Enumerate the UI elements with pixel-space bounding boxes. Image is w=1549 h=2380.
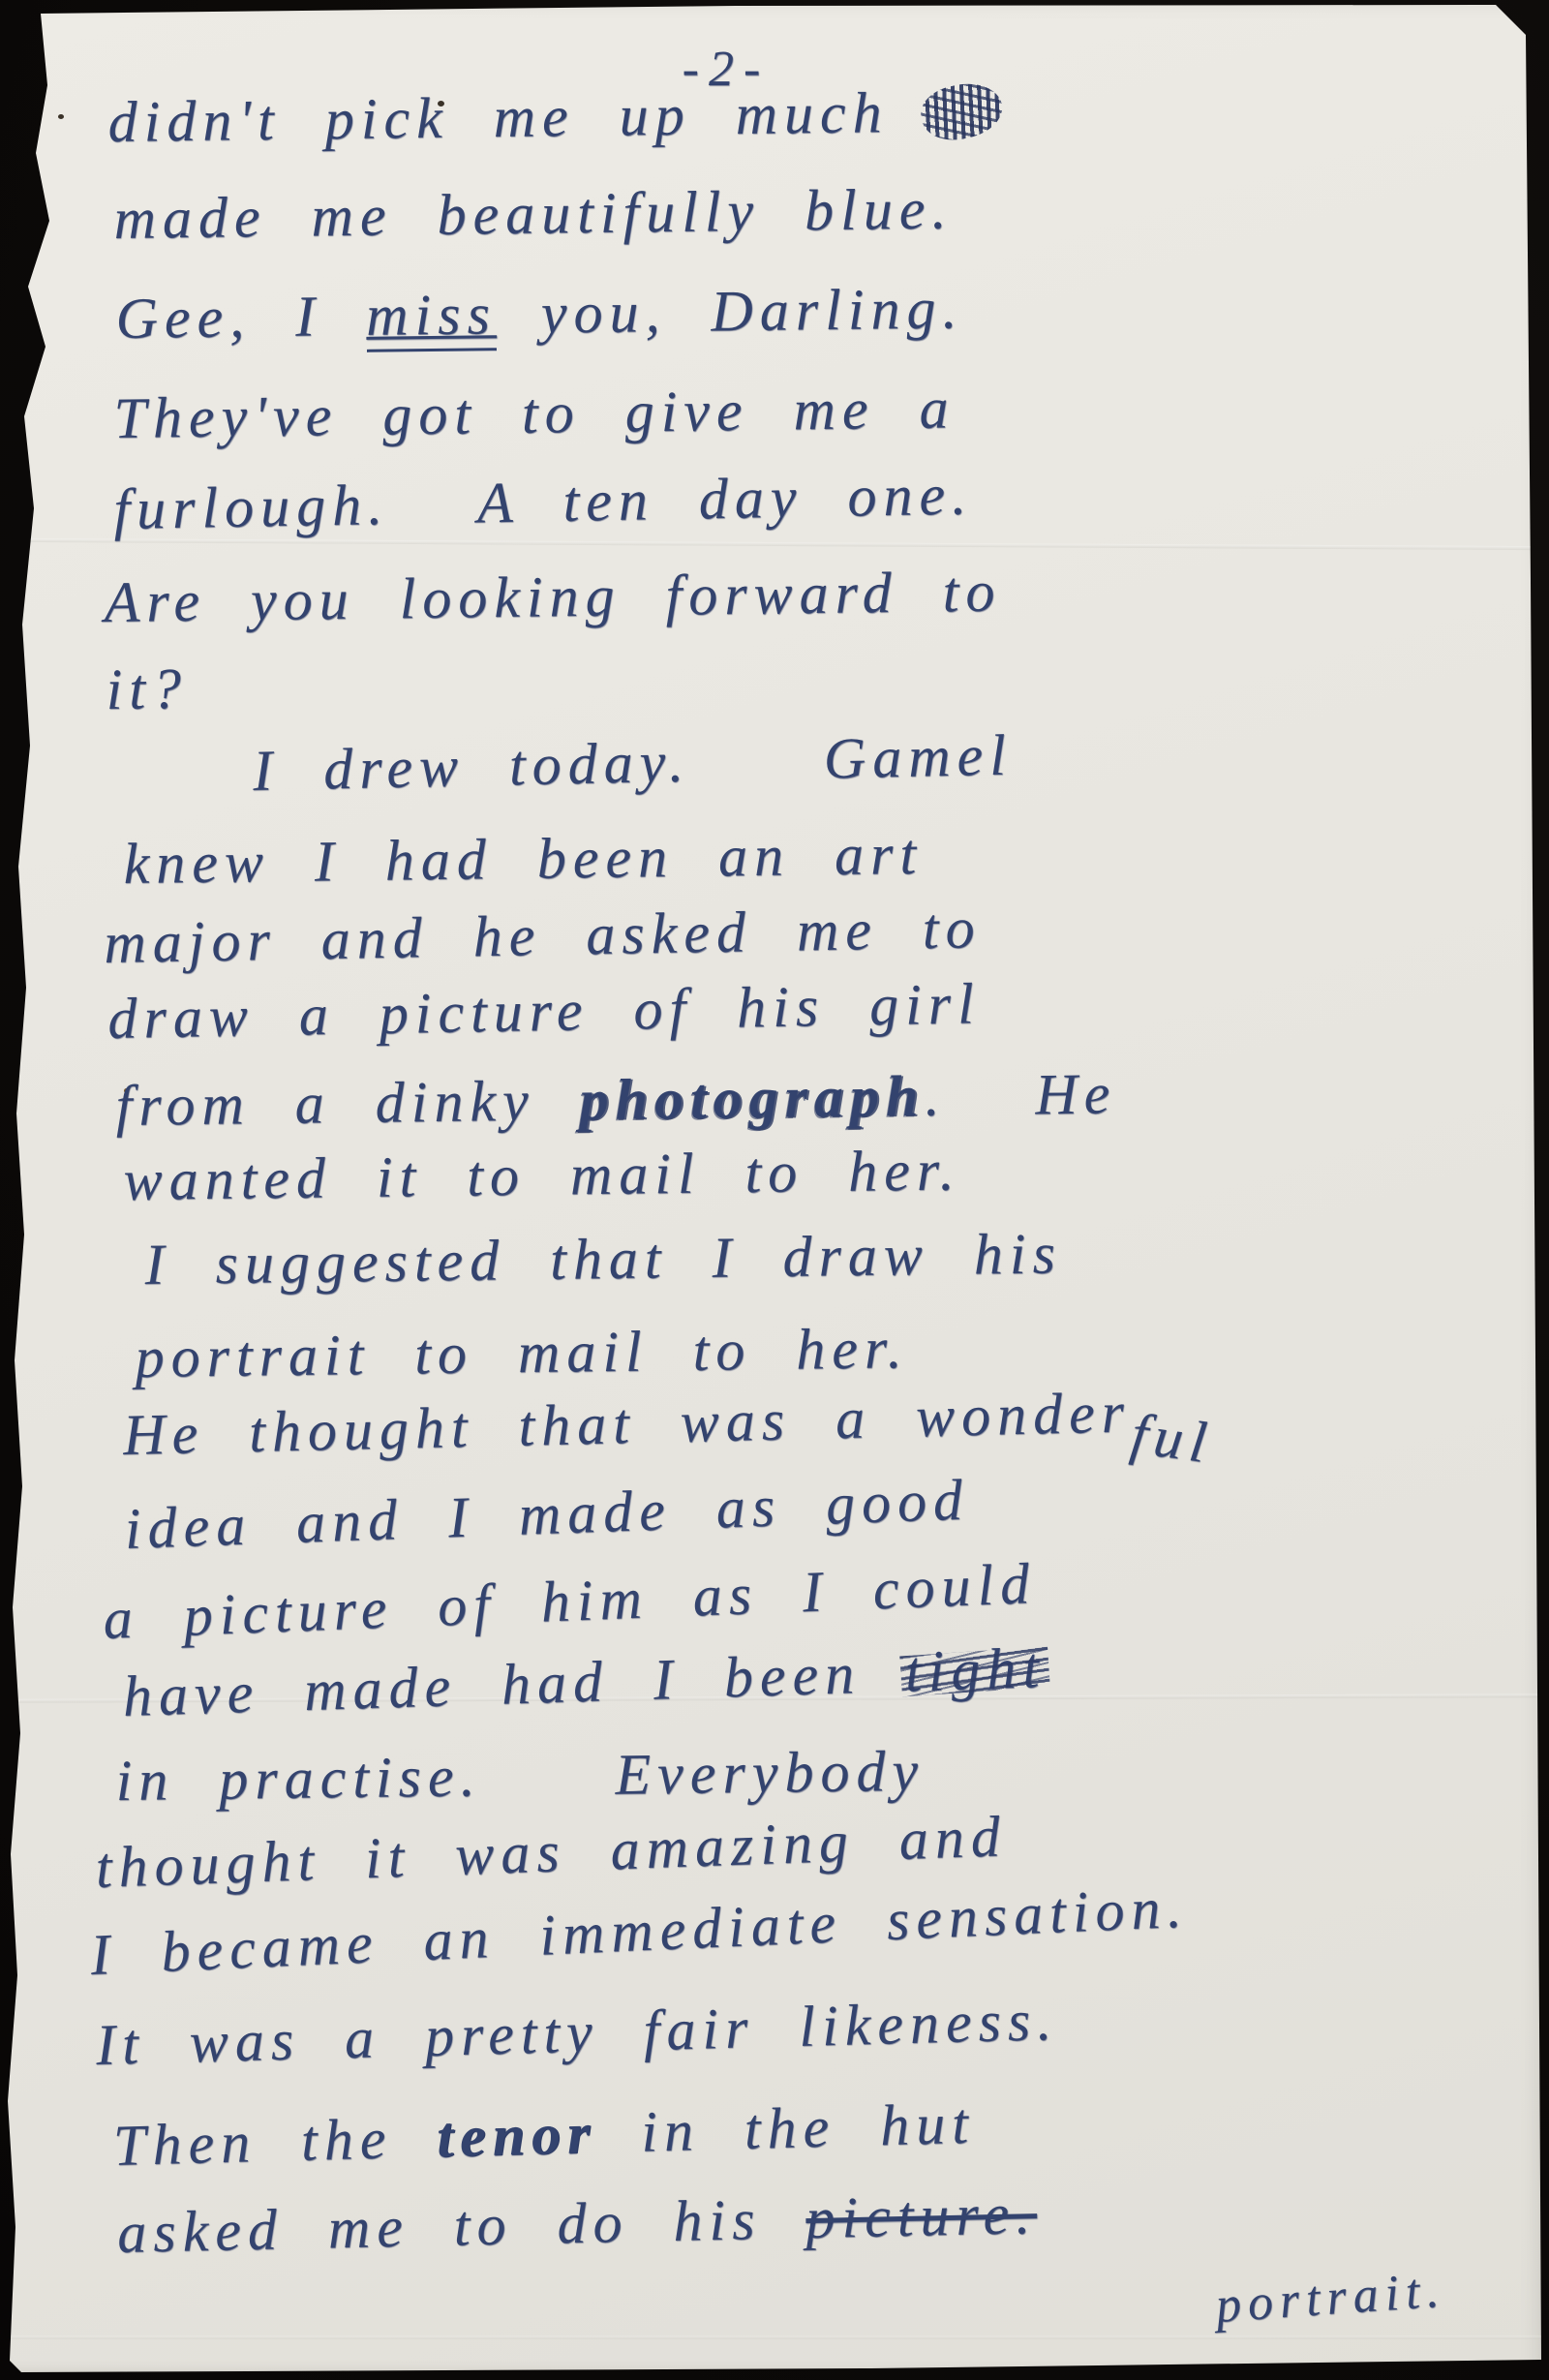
letter-line-text: Gee, I — [115, 284, 366, 351]
letter-line: Gee, I miss you, Darling. — [115, 275, 964, 352]
letter-line: furlough. A ten day one. — [113, 462, 974, 543]
letter-line: in practise. Everybody — [115, 1738, 925, 1815]
letter-line-text: asked me to do his — [117, 2186, 806, 2265]
letter-line: have made had I been tight — [122, 1634, 1047, 1730]
blotted-word: photograph — [579, 1064, 926, 1132]
letter-line: draw a picture of his girl — [107, 970, 982, 1053]
letter-line-text: from a dinky — [115, 1068, 580, 1138]
struck-through-word: picture. — [805, 2182, 1038, 2250]
letter-line-text: Then the — [112, 2105, 438, 2178]
letter-line: They've got to give me a — [113, 375, 956, 452]
letter-line: I suggested that I draw his — [144, 1220, 1062, 1298]
overwritten-word: tenor — [436, 2101, 597, 2169]
underlined-word: miss — [366, 282, 498, 352]
letter-line: major and he asked me to — [104, 895, 982, 977]
letter-line: Are you looking forward to — [104, 559, 1002, 636]
letter-line: wanted it to mail to her. — [123, 1137, 961, 1214]
wrapped-word-ending: ful — [1127, 1400, 1217, 1478]
letter-paper: -2- didn't pick me up much made me beaut… — [0, 0, 1549, 2380]
letter-line: asked me to do his picture. — [117, 2181, 1038, 2267]
scribbled-out-word: tight — [904, 1635, 1047, 1704]
letter-line-text: didn't pick me up much — [107, 80, 889, 154]
letter-line: portrait. — [1214, 2262, 1447, 2334]
letter-line: thought it was amazing and — [95, 1803, 1008, 1902]
letter-line: Then the tenor in the hut — [112, 2090, 975, 2180]
letter-line-text: you, Darling. — [496, 276, 963, 346]
letter-line: made me beautifully blue. — [113, 175, 954, 253]
letter-line: idea and I made as good — [124, 1467, 970, 1563]
letter-line-text: have made had I been — [122, 1640, 906, 1728]
letter-line: it? — [106, 656, 188, 723]
letter-line: portrait to mail to her. — [135, 1315, 909, 1391]
letter-line: It was a pretty fair likeness. — [95, 1987, 1059, 2079]
letter-line-text: in the hut — [595, 2091, 975, 2165]
scribbled-out-word — [916, 76, 1007, 147]
paper-speck — [58, 114, 64, 119]
letter-line: a picture of him as I could — [102, 1550, 1037, 1653]
letter-line-text: He thought that was a wonder — [122, 1380, 1131, 1467]
letter-line: didn't pick me up much — [107, 78, 1003, 156]
letter-line: from a dinky photograph. He — [115, 1060, 1117, 1140]
letter-line-text: . He — [925, 1061, 1117, 1127]
letter-line: He thought that was a wonderful — [122, 1377, 1213, 1469]
photo-background: -2- didn't pick me up much made me beaut… — [0, 0, 1549, 2380]
letter-line: I drew today. Gamel — [253, 722, 1014, 805]
letter-line: knew I had been an art — [123, 821, 923, 898]
fold-crease — [0, 2335, 1549, 2339]
